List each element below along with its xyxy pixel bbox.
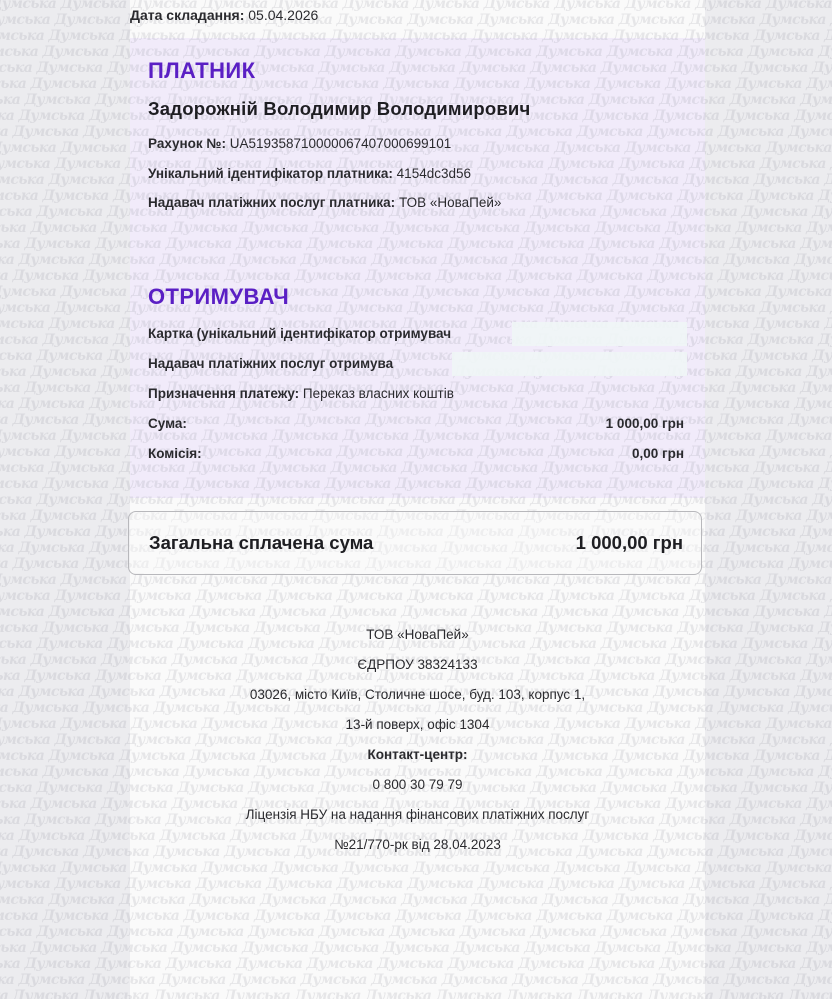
footer-license-line2: №21/770-рк від 28.04.2023 xyxy=(130,834,705,864)
amount-row: Сума: 1 000,00 грн xyxy=(148,416,684,431)
payer-uid: Унікальний ідентифікатор платника: 4154d… xyxy=(148,166,471,181)
date-value: 05.04.2026 xyxy=(248,7,318,23)
recipient-provider: Надавач платіжних послуг отримува xyxy=(148,356,393,371)
payer-uid-value: 4154dc3d56 xyxy=(397,166,471,181)
footer-company: ТОВ «НоваПей» xyxy=(130,624,705,654)
fee-row: Комісія: 0,00 грн xyxy=(148,446,684,461)
provider-footer: ТОВ «НоваПей» ЄДРПОУ 38324133 03026, міс… xyxy=(130,624,705,864)
fee-value: 0,00 грн xyxy=(632,446,684,461)
payer-provider-label: Надавач платіжних послуг платника: xyxy=(148,195,395,210)
payer-uid-label: Унікальний ідентифікатор платника: xyxy=(148,166,393,181)
payer-name: Задорожній Володимир Володимирович xyxy=(148,98,530,120)
payer-account: Рахунок №: UA519358710000067407000699101 xyxy=(148,136,451,151)
amount-value: 1 000,00 грн xyxy=(606,416,684,431)
payer-section-title: ПЛАТНИК xyxy=(148,58,255,84)
payment-purpose-label: Призначення платежу: xyxy=(148,386,299,401)
payer-provider: Надавач платіжних послуг платника: ТОВ «… xyxy=(148,195,501,210)
footer-address-line2: 13-й поверх, офіс 1304 xyxy=(130,714,705,744)
footer-edrpou: ЄДРПОУ 38324133 xyxy=(130,654,705,684)
total-paid-box: Загальна сплачена сума 1 000,00 грн xyxy=(128,511,702,575)
redacted-area xyxy=(512,322,687,346)
fee-label: Комісія: xyxy=(148,446,202,461)
footer-phone: 0 800 30 79 79 xyxy=(130,774,705,804)
payer-account-value: UA519358710000067407000699101 xyxy=(230,136,451,151)
footer-contact-label: Контакт-центр: xyxy=(130,744,705,774)
recipient-section-title: ОТРИМУВАЧ xyxy=(148,284,289,310)
amount-label: Сума: xyxy=(148,416,187,431)
date-label: Дата складання: xyxy=(130,7,244,23)
recipient-card-label: Картка (унікальний ідентифікатор отримув… xyxy=(148,326,451,341)
total-paid-value: 1 000,00 грн xyxy=(576,532,683,554)
total-paid-label: Загальна сплачена сума xyxy=(149,532,373,554)
payer-account-label: Рахунок №: xyxy=(148,136,226,151)
redacted-area xyxy=(452,352,687,376)
payment-purpose: Призначення платежу: Переказ власних кош… xyxy=(148,386,454,401)
recipient-provider-label: Надавач платіжних послуг отримува xyxy=(148,356,393,371)
payer-provider-value: ТОВ «НоваПей» xyxy=(399,195,501,210)
document-date: Дата складання: 05.04.2026 xyxy=(130,7,318,23)
recipient-card: Картка (унікальний ідентифікатор отримув… xyxy=(148,326,451,341)
payment-purpose-value: Переказ власних коштів xyxy=(303,386,454,401)
footer-license-line1: Ліцензія НБУ на надання фінансових платі… xyxy=(130,804,705,834)
footer-address-line1: 03026, місто Київ, Столичне шосе, буд. 1… xyxy=(130,684,705,714)
